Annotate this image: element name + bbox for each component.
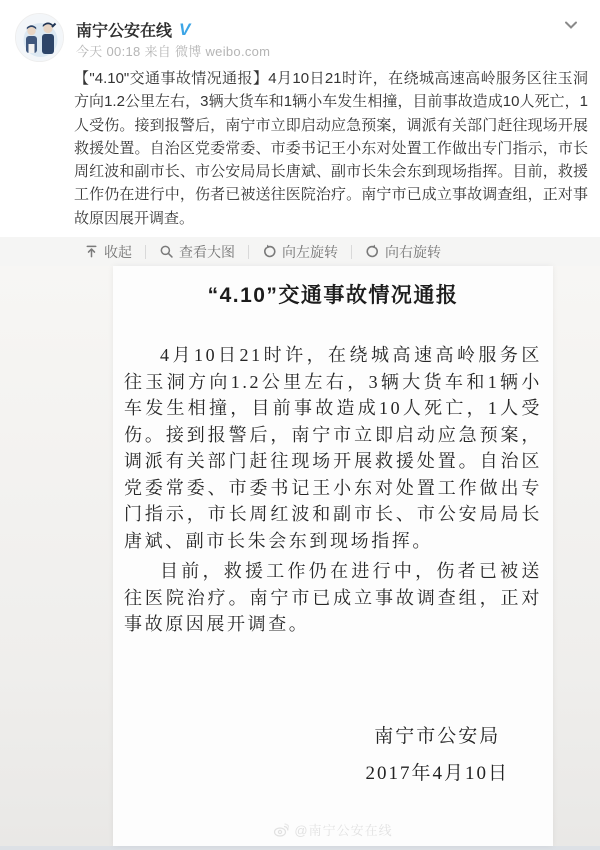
username[interactable]: 南宁公安在线 — [76, 18, 172, 41]
rotate-right-button[interactable]: 向右旋转 — [365, 242, 441, 262]
watermark: @南宁公安在线 — [113, 820, 553, 839]
attached-image-area: “4.10”交通事故情况通报 4月10日21时许，在绕城高速高岭服务区往玉洞方向… — [0, 266, 600, 846]
rotate-left-label: 向左旋转 — [282, 242, 338, 262]
collapse-icon — [84, 244, 99, 259]
weibo-post-page: 南宁公安在线 V 今天 00:18 来自 微博 weibo.com 【"4.10… — [0, 0, 600, 850]
document-paragraph: 目前，救援工作仍在进行中，伤者已被送往医院治疗。南宁市已成立事故调查组，正对事故… — [124, 558, 542, 638]
rotate-left-icon — [262, 244, 277, 259]
rotate-right-label: 向右旋转 — [385, 242, 441, 262]
rotate-right-icon — [365, 244, 380, 259]
post-header: 南宁公安在线 V 今天 00:18 来自 微博 weibo.com — [0, 0, 600, 64]
notice-document-image[interactable]: “4.10”交通事故情况通报 4月10日21时许，在绕城高速高岭服务区往玉洞方向… — [113, 266, 553, 846]
toolbar-divider — [248, 245, 249, 259]
view-large-image-button[interactable]: 查看大图 — [159, 242, 235, 262]
user-line: 南宁公安在线 V — [76, 18, 190, 41]
document-date: 2017年4月10日 — [365, 755, 509, 792]
document-signature: 南宁市公安局 — [365, 718, 509, 755]
chevron-down-icon[interactable] — [560, 14, 582, 36]
collapse-button[interactable]: 收起 — [84, 242, 132, 262]
bottom-strip — [0, 846, 600, 850]
document-paragraph: 4月10日21时许，在绕城高速高岭服务区往玉洞方向1.2公里左右，3辆大货车和1… — [124, 342, 542, 554]
view-large-image-label: 查看大图 — [179, 242, 235, 262]
view-large-image-icon — [159, 244, 174, 259]
collapse-label: 收起 — [104, 242, 132, 262]
document-signature-block: 南宁市公安局 2017年4月10日 — [113, 718, 553, 792]
image-toolbar: 收起 查看大图 向左旋转 向右旋转 — [0, 237, 600, 266]
weibo-logo-icon — [273, 823, 289, 837]
rotate-left-button[interactable]: 向左旋转 — [262, 242, 338, 262]
toolbar-divider — [145, 245, 146, 259]
verified-v-icon: V — [179, 21, 190, 38]
post-text: 【"4.10"交通事故情况通报】4月10日21时许，在绕城高速高岭服务区往玉洞方… — [74, 67, 588, 230]
police-avatar-illustration — [16, 14, 64, 62]
document-body: 4月10日21时许，在绕城高速高岭服务区往玉洞方向1.2公里左右，3辆大货车和1… — [124, 342, 542, 638]
document-title: “4.10”交通事故情况通报 — [113, 279, 553, 309]
avatar[interactable] — [15, 13, 64, 62]
toolbar-divider — [351, 245, 352, 259]
timestamp: 今天 00:18 来自 微博 weibo.com — [76, 41, 270, 60]
watermark-text: @南宁公安在线 — [294, 820, 392, 839]
